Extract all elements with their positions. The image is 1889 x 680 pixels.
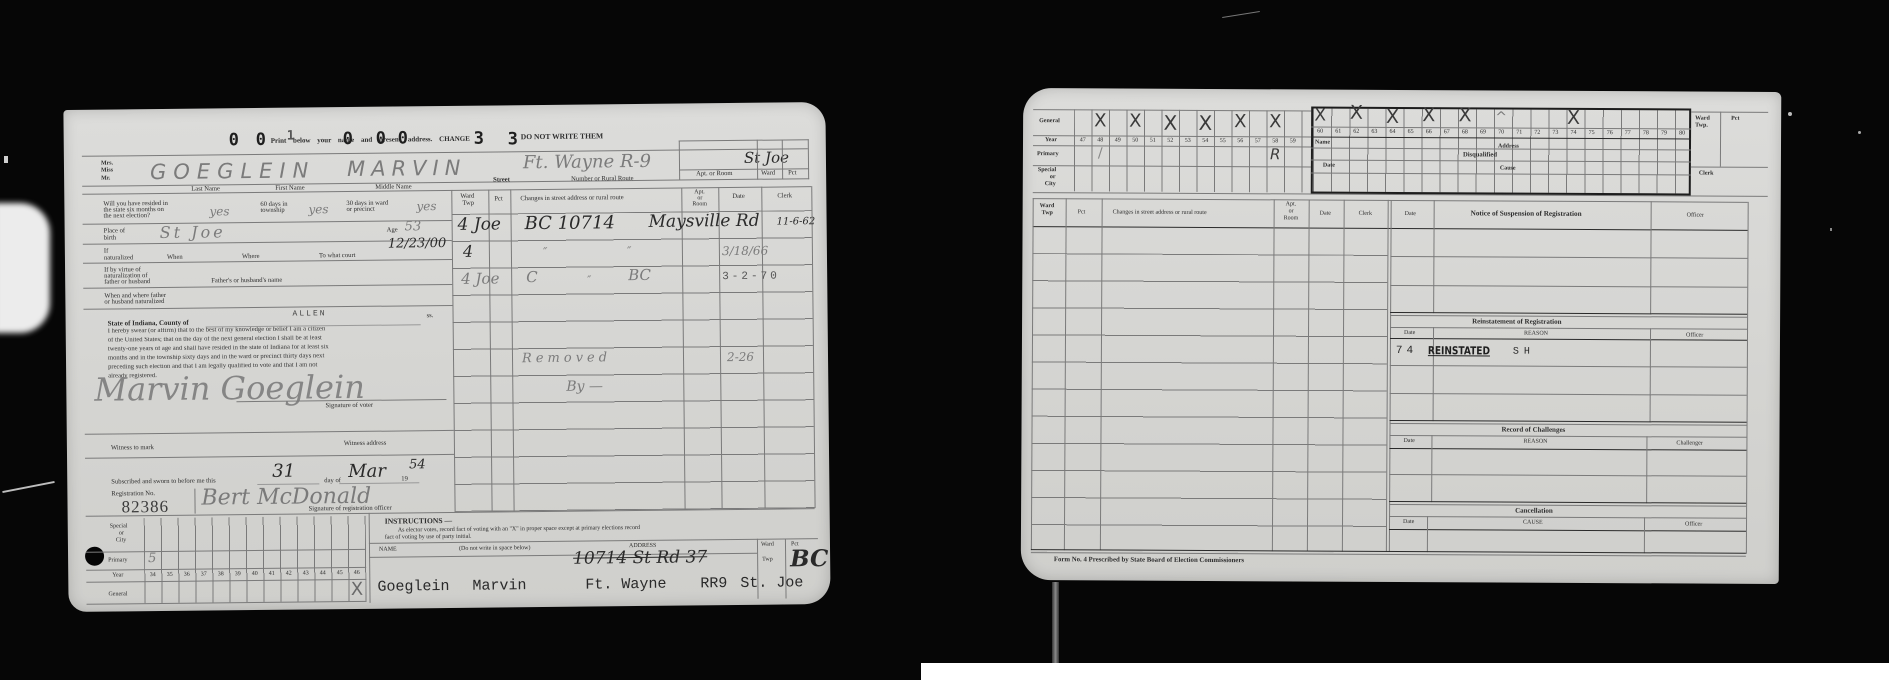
rule: [1431, 435, 1432, 502]
header-ward: Ward: [1040, 203, 1055, 209]
pct-label: Pct: [788, 170, 797, 177]
title-mr-label: Mr.: [101, 176, 110, 182]
general-vote-mark: X: [1383, 108, 1401, 127]
general-vote-mark: X: [1162, 113, 1180, 133]
instructions-text: fact of voting by use of party initial.: [385, 534, 472, 541]
rule: [1390, 285, 1747, 288]
primary-label: Primary: [1037, 151, 1059, 157]
disq-date-label: Date: [1323, 163, 1335, 169]
year-cell: 58: [1267, 138, 1285, 144]
birthplace-label: birth: [104, 235, 117, 242]
street-label: Street: [493, 177, 510, 184]
header-clerk: Clerk: [777, 193, 792, 200]
year-cell: 77: [1619, 130, 1637, 136]
rule: [757, 140, 758, 180]
rule: [782, 139, 783, 179]
year-cell: 69: [1474, 129, 1492, 135]
registration-card-back: General Year Primary Special or City 47 …: [1021, 88, 1782, 584]
rule: [85, 430, 454, 435]
year-cell: 63: [1365, 129, 1383, 135]
rule: [1691, 167, 1768, 168]
control-digit: 1: [287, 130, 295, 143]
change-note-by: By —: [566, 379, 603, 393]
rule: [1650, 328, 1651, 422]
ward-residency-answer: yes: [416, 200, 436, 212]
hole-punch: [85, 547, 104, 566]
scan-speck: [1788, 112, 1792, 116]
year-label: Year: [1045, 137, 1057, 143]
header-apt: Apt.: [1286, 201, 1297, 207]
general-label: General: [108, 591, 127, 597]
year-cell: 46: [348, 570, 365, 576]
challenges-challenger-header: Challenger: [1676, 440, 1702, 446]
rule: [1389, 474, 1746, 477]
year-cell: 73: [1546, 130, 1564, 136]
change-row-2-ward: 4: [463, 244, 473, 260]
header-date: Date: [732, 194, 745, 201]
general-vote-mark: X: [1127, 113, 1145, 131]
index-name-label: NAME: [379, 547, 397, 553]
control-digit: 0: [376, 131, 386, 148]
header-pct: Pct: [1078, 209, 1086, 215]
index-pct-value: BC: [790, 547, 828, 570]
reinstatement-initials: SH: [1513, 348, 1535, 358]
cancellation-date-header: Date: [1403, 519, 1414, 525]
year-cell: 64: [1383, 129, 1401, 135]
header-apt-room: Room: [1284, 215, 1299, 221]
special-or-label: or: [119, 530, 124, 536]
attestation-day: 31: [272, 463, 295, 481]
rule: [83, 259, 452, 264]
control-digit: 0: [256, 132, 266, 149]
year-cell: 61: [1329, 129, 1347, 135]
header-twp: Twp: [1042, 210, 1053, 216]
rule: [1390, 423, 1747, 426]
change-row-1-date: 11-6-62: [777, 217, 816, 227]
header-apt-or: or: [1289, 208, 1294, 214]
form-footer: Form No. 4 Prescribed by State Board of …: [1054, 557, 1244, 565]
year-cell: 40: [246, 571, 263, 577]
index-typed-township: St. Joe: [740, 575, 803, 591]
rule: [1390, 256, 1747, 259]
general-label: General: [1039, 118, 1060, 124]
year-cell: 76: [1601, 130, 1619, 136]
primary-label: Primary: [108, 557, 127, 563]
suspension-officer-header: Officer: [1687, 212, 1704, 218]
year-cell: 62: [1347, 129, 1365, 135]
reinstatement-reason: REINSTATED: [1428, 345, 1490, 356]
change-row-2-date: 3/18/66: [722, 245, 768, 257]
index-typed-city: Ft. Wayne: [585, 577, 666, 593]
city-label: City: [116, 537, 126, 543]
apt-room-label: Apt. or Room: [696, 171, 733, 178]
year-cell: 79: [1655, 130, 1673, 136]
rule: [1390, 315, 1747, 318]
state-residency-question: the next election?: [103, 213, 150, 220]
year-cell: 54: [1197, 138, 1215, 144]
year-cell: 44: [314, 570, 331, 576]
year-cell: 53: [1179, 138, 1197, 144]
voter-signature-label: Signature of voter: [325, 403, 373, 410]
header-changes: Changes in street address or rural route: [520, 195, 623, 203]
box-ward-label: Ward: [1695, 116, 1710, 122]
change-row-3-ward: 4 Joe: [461, 271, 499, 286]
scan-glare-blob: [0, 203, 50, 333]
change-row-3-route: BC: [628, 268, 651, 283]
rule: [1720, 112, 1721, 167]
instructions-title: INSTRUCTIONS —: [385, 517, 452, 525]
header-changes: Changes in street address or rural route: [1113, 209, 1207, 215]
box-twp-label: Twp.: [1695, 123, 1708, 129]
rule: [1390, 365, 1747, 368]
primary-vote-mark: /: [1091, 146, 1109, 160]
general-vote-mark: X: [1311, 108, 1329, 125]
header-date: Date: [1320, 211, 1331, 217]
index-typed-first-name: Marvin: [472, 578, 526, 594]
index-struck-address: 10714 St Rd 37: [573, 549, 707, 567]
white-page-band: [921, 663, 1889, 680]
subscribed-label: Subscribed and sworn to before me this: [111, 478, 215, 486]
attestation-year: 54: [409, 458, 426, 471]
rule: [85, 454, 454, 459]
ss-label: ss.: [427, 313, 434, 320]
rule: [1746, 202, 1749, 554]
rule: [1389, 200, 1392, 552]
rule: [87, 601, 367, 605]
year-cell: 78: [1637, 130, 1655, 136]
year-cell: 42: [280, 571, 297, 577]
general-vote-mark: X: [1197, 113, 1215, 133]
change-row-2-ditto: ″: [543, 246, 548, 258]
witness-address-label: Witness address: [344, 441, 386, 448]
header-apt-room: Room: [692, 201, 707, 207]
registration-card-front: Print below your name and present addres…: [63, 102, 830, 612]
scan-speck: [1830, 228, 1832, 231]
rule: [1433, 327, 1434, 421]
year-cell: 51: [1144, 138, 1162, 144]
index-typed-route: RR9: [700, 576, 727, 591]
index-typed-last-name: Goeglein: [377, 579, 449, 595]
year-cell: 80: [1673, 130, 1691, 136]
index-do-not-write-label: (Do not write in space below): [459, 545, 531, 552]
number-route-label: Number or Rural Route: [571, 176, 634, 183]
challenges-title: Record of Challenges: [1501, 427, 1565, 434]
scan-dash: [1222, 11, 1260, 18]
disq-cause-label: Cause: [1500, 166, 1516, 172]
index-twp-label: Twp: [762, 557, 773, 563]
township-residency-label: township: [260, 208, 284, 215]
father-name-label: Father's or husband's name: [211, 278, 282, 285]
naturalized-label: naturalized: [104, 255, 133, 262]
change-note-date: 2-26: [727, 351, 754, 363]
year-cell: 71: [1510, 130, 1528, 136]
rule: [1646, 436, 1647, 503]
disq-address-label: Address: [1498, 144, 1519, 150]
scan-streak: [1052, 582, 1059, 664]
county-value: ALLEN: [293, 310, 327, 318]
witness-mark-label: Witness to mark: [111, 445, 154, 452]
rule: [1389, 435, 1746, 438]
rule: [679, 178, 809, 180]
year-label: Year: [112, 572, 123, 578]
primary-vote-mark: R: [1266, 147, 1284, 162]
change-row-1-address-cont: Maysville Rd: [649, 213, 760, 231]
reinstatement-reason-header: REASON: [1524, 331, 1548, 337]
where-label: Where: [242, 254, 260, 261]
control-digit: 0: [343, 131, 353, 148]
voting-grid-lines: [144, 516, 367, 603]
title-mrs-label: Mrs.: [101, 160, 113, 166]
change-row-3-date: 3-2-70: [722, 272, 780, 284]
rule: [808, 139, 809, 179]
ward-label: Ward: [761, 171, 775, 178]
cancellation-cause-header: CAUSE: [1523, 520, 1543, 526]
suspension-title: Notice of Suspension of Registration: [1471, 210, 1582, 218]
year-cell: 47: [1074, 137, 1092, 143]
state-county-label: State of Indiana, County of: [108, 320, 189, 328]
control-digit: 3: [508, 131, 518, 148]
year-cell: 67: [1438, 129, 1456, 135]
cancellation-title: Cancellation: [1515, 508, 1553, 515]
general-vote-mark: X: [1347, 104, 1365, 123]
general-vote-mark: X: [1456, 106, 1474, 125]
stamp-notice: Print below your name and present addres…: [271, 136, 470, 145]
street-address-value: Ft. Wayne R-9: [523, 153, 651, 172]
header-twp: Twp: [462, 201, 474, 208]
primary-mark: 5: [148, 552, 156, 565]
rule: [1389, 529, 1746, 532]
general-vote-mark: X: [1092, 112, 1110, 130]
year-cell: 52: [1162, 138, 1180, 144]
year-cell: 43: [297, 570, 314, 576]
year-cell: 39: [229, 571, 246, 577]
general-vote-mark: X: [1420, 106, 1438, 125]
year-cell: 56: [1232, 138, 1250, 144]
age-answer: 53: [405, 220, 422, 233]
special-label: Special: [1038, 167, 1056, 173]
general-vote-mark: X: [1267, 113, 1285, 131]
change-row-1-ward: 4 Joe: [458, 216, 502, 233]
year-cell: 59: [1284, 138, 1302, 144]
general-vote-mark: ^: [1492, 110, 1510, 124]
age-label: Age: [387, 228, 398, 235]
rule: [1644, 517, 1645, 553]
change-row-3-ditto: ″: [587, 274, 591, 285]
general-vote-mark: X: [1232, 113, 1250, 131]
year-cell: 55: [1214, 138, 1232, 144]
rule: [1389, 448, 1746, 451]
year-cell: 68: [1456, 129, 1474, 135]
cancellation-officer-header: Officer: [1685, 521, 1702, 527]
table-row-rules: [1031, 253, 1388, 553]
when-label: When: [167, 255, 183, 262]
scan-speck: [1858, 131, 1861, 134]
reinstatement-date: 74: [1396, 346, 1417, 357]
reinstatement-date-header: Date: [1404, 330, 1415, 336]
year-cell: 45: [331, 570, 348, 576]
year-cell: 70: [1492, 129, 1510, 135]
index-ward-label: Ward: [761, 542, 774, 548]
court-label: To what court: [319, 253, 356, 260]
control-digit: 3: [474, 131, 484, 148]
disq-title: Disqualified: [1463, 152, 1497, 159]
rule: [1390, 327, 1747, 330]
father-naturalized-label: or husband naturalized: [104, 299, 164, 306]
change-row-1-address: BC 10714: [525, 214, 616, 233]
rule: [1691, 112, 1768, 113]
control-digit: 0: [398, 130, 408, 147]
year-cell: 72: [1528, 130, 1546, 136]
disq-name-label: Name: [1315, 140, 1330, 146]
general-mark: X: [348, 581, 365, 599]
birthplace-answer: St Joe: [160, 224, 226, 241]
rule: [679, 139, 809, 141]
reinstatement-title: Reinstatement of Registration: [1472, 318, 1561, 325]
city-label: City: [1045, 181, 1056, 187]
last-name-value: GOEGLEIN: [150, 160, 315, 183]
registration-number: 82386: [121, 498, 169, 515]
year-cell: 35: [161, 572, 178, 578]
rule: [1389, 516, 1746, 519]
year-cell: 60: [1311, 129, 1329, 135]
year-cell: 38: [212, 571, 229, 577]
year-cell: 36: [178, 572, 195, 578]
year-cell: 50: [1127, 138, 1145, 144]
rule: [194, 489, 195, 514]
box-clerk-label: Clerk: [1699, 171, 1714, 177]
suspension-date-header: Date: [1405, 211, 1416, 217]
year-cell: 48: [1092, 137, 1110, 143]
year-cell: 75: [1583, 130, 1601, 136]
rule: [1390, 393, 1747, 396]
year-cell: 49: [1109, 137, 1127, 143]
title-miss-label: Miss: [101, 167, 113, 173]
header-pct: Pct: [494, 196, 503, 203]
township-residency-answer: yes: [308, 203, 328, 215]
year-cell: 66: [1420, 129, 1438, 135]
general-vote-mark: X: [1564, 109, 1582, 128]
scan-speck: [4, 156, 8, 163]
instructions-text: As elector votes, record fact of voting …: [398, 525, 640, 534]
first-name-value: MARVIN: [347, 158, 467, 180]
change-row-2-ditto: ″: [627, 245, 632, 257]
year-cell: 57: [1249, 138, 1267, 144]
ward-residency-label: or precinct: [346, 207, 374, 214]
reinstatement-officer-header: Officer: [1686, 332, 1703, 338]
scan-scratch-line: [2, 481, 54, 493]
challenges-reason-header: REASON: [1523, 439, 1547, 445]
rule: [83, 220, 452, 225]
special-label: Special: [110, 523, 128, 529]
change-note-removed: Removed: [522, 351, 611, 365]
state-residency-answer: yes: [209, 205, 229, 217]
virtue-label: father or husband: [104, 279, 150, 286]
change-row-3-pct: C: [526, 270, 538, 285]
control-digit: 0: [229, 132, 239, 149]
birth-date-value: 12/23/00: [388, 237, 447, 251]
rule: [1427, 516, 1428, 552]
challenges-date-header: Date: [1403, 438, 1414, 444]
year-cell: 65: [1402, 129, 1420, 135]
header-clerk: Clerk: [1359, 211, 1372, 217]
do-not-write-notice: DO NOT WRITE THEM: [521, 132, 604, 140]
rule: [679, 141, 680, 181]
rule: [1389, 504, 1746, 507]
year-cell: 34: [144, 572, 161, 578]
attestation-month: Mar: [348, 463, 386, 481]
year-cell: 74: [1564, 130, 1582, 136]
special-or-label: or: [1050, 174, 1056, 180]
year-cell: 37: [195, 571, 212, 577]
year-cell: 41: [263, 571, 280, 577]
box-pct-label: Pct: [1731, 116, 1739, 122]
